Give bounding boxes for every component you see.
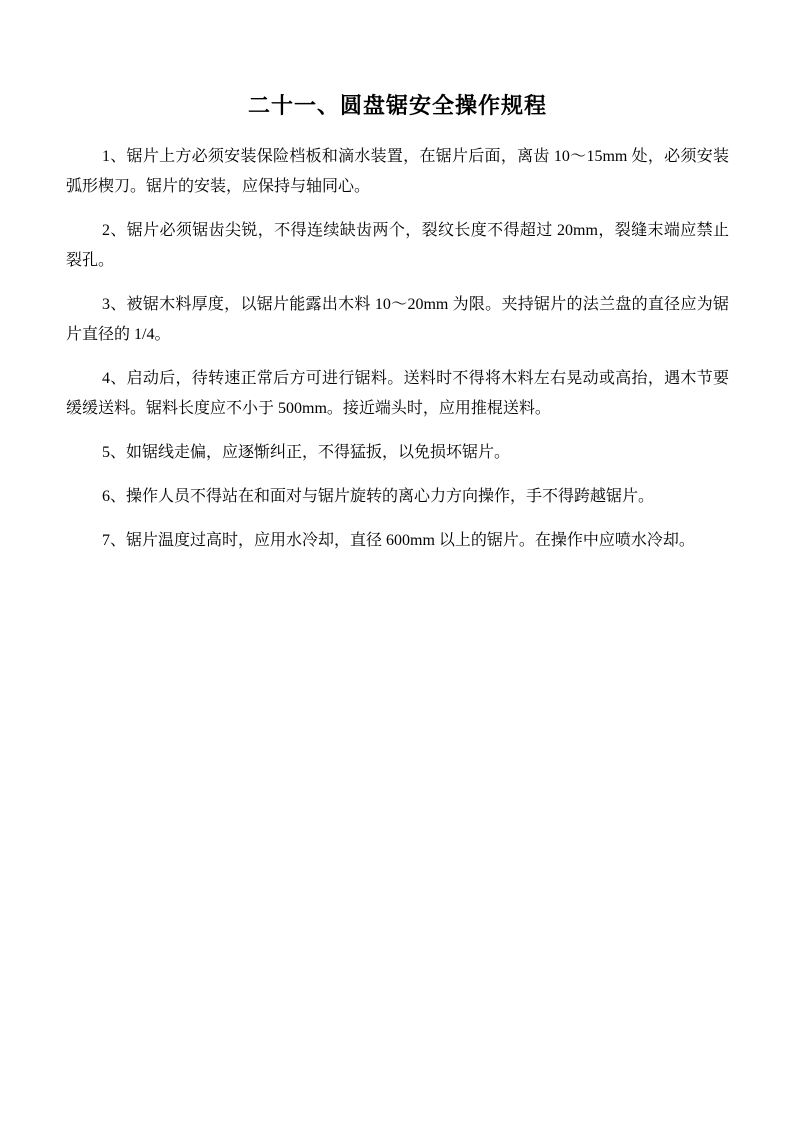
document-body: 1、锯片上方必须安装保险档板和滴水装置，在锯片后面，离齿 10～15mm 处，必…	[66, 142, 729, 556]
paragraph-3: 3、被锯木料厚度，以锯片能露出木料 10～20mm 为限。夹持锯片的法兰盘的直径…	[66, 290, 729, 350]
paragraph-4: 4、启动后，待转速正常后方可进行锯料。送料时不得将木料左右晃动或高抬，遇木节要缓…	[66, 364, 729, 424]
paragraph-5: 5、如锯线走偏，应逐惭纠正，不得猛扳，以免损坏锯片。	[66, 438, 729, 468]
document-page: 二十一、圆盘锯安全操作规程 1、锯片上方必须安装保险档板和滴水装置，在锯片后面，…	[0, 0, 793, 1122]
paragraph-6: 6、操作人员不得站在和面对与锯片旋转的离心力方向操作，手不得跨越锯片。	[66, 482, 729, 512]
paragraph-7: 7、锯片温度过高时，应用水冷却，直径 600mm 以上的锯片。在操作中应喷水冷却…	[66, 526, 729, 556]
paragraph-2: 2、锯片必须锯齿尖锐，不得连续缺齿两个，裂纹长度不得超过 20mm，裂缝末端应禁…	[66, 216, 729, 276]
paragraph-1: 1、锯片上方必须安装保险档板和滴水装置，在锯片后面，离齿 10～15mm 处，必…	[66, 142, 729, 202]
document-title: 二十一、圆盘锯安全操作规程	[66, 92, 729, 122]
